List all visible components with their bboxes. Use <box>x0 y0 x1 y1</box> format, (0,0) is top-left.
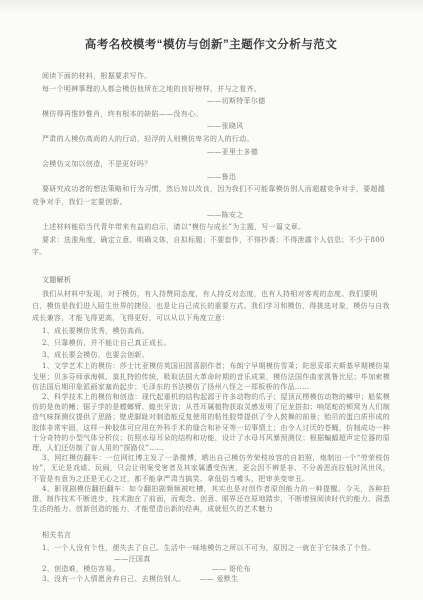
quote-author: ——亚里士多德 <box>32 146 390 159</box>
quote-text: 要研究成功者的想法策略和行为习惯，然后加以改良，因为我们不可能靠模仿别人而超越竞… <box>32 183 390 208</box>
task-statement: 上述材料能给当代青年带来有益的启示，请以“模仿与成长”为主题，写一篇文章。 <box>32 221 390 234</box>
quote-author: ——鲁迅 <box>32 171 390 184</box>
analysis-material-paragraph: 3、网红模仿翻车：一位网红博主发了一条微博，晒出自己模仿劳荣枝妆容的自拍照，炮制… <box>32 453 390 484</box>
document-content: 高考名校模考“模仿与创新”主题作文分析与范文 阅读下面的材料，根据要求写作。 每… <box>32 36 390 585</box>
famous-quote-author: —— 哥伦布 <box>212 565 251 573</box>
famous-quote-author: ——汪国真 <box>32 554 390 564</box>
famous-quote-text: 3、没有一个人情愿舍弃自己、去模仿别人。 <box>42 575 185 583</box>
document-title: 高考名校模考“模仿与创新”主题作文分析与范文 <box>32 36 390 52</box>
quote-text: 会模仿又加以创造，不是更好吗？ <box>32 158 390 171</box>
angle-item: 2、只靠模仿，并不能让自己真正成长。 <box>32 337 390 349</box>
quote-author: ——张晓风 <box>32 120 390 133</box>
scanned-document-page: 高考名校模考“模仿与创新”主题作文分析与范文 阅读下面的材料，根据要求写作。 每… <box>0 0 423 600</box>
famous-quote-text: 2、创造难，模仿容易。 <box>42 565 120 573</box>
famous-quote-row: 3、没有一个人情愿舍弃自己、去模仿别人。—— 爱默生 <box>32 574 390 584</box>
quote-text: 严肃的人模仿高尚的人的行动，轻浮的人则模仿卑劣的人的行动。 <box>32 133 390 146</box>
requirements-statement: 要求：选准角度，确定立意，明确文体，自拟标题；不要套作，不得抄袭；不得泄露个人信… <box>32 234 390 259</box>
quote-text: 模仿得再惟妙惟肖，终有根本的缺陷——没有心。 <box>32 108 390 121</box>
quote-author: ——陈安之 <box>32 209 390 222</box>
quote-text: 每一个明辨事理的人都会模仿他所在之地的良好榜样，并与之看齐。 <box>32 83 390 96</box>
famous-quotes-heading: 相关名言 <box>32 529 390 541</box>
analysis-intro: 我们从材料中发现，对于模仿，有人持赞同态度，有人持反对态度，也有人持相对客观的态… <box>32 288 390 325</box>
famous-quote-author: —— 爱默生 <box>199 575 238 583</box>
analysis-section: 文题解析 我们从材料中发现，对于模仿，有人持赞同态度，有人持反对态度，也有人持相… <box>32 274 390 515</box>
analysis-material-paragraph: 1、文学艺术上的模仿：莎士比亚模仿英国田园喜剧作者；布朗宁早期模仿雪莱；陀思妥耶… <box>32 361 390 392</box>
material-section: 阅读下面的材料，根据要求写作。 每一个明辨事理的人都会模仿他所在之地的良好榜样，… <box>32 70 390 259</box>
material-intro: 阅读下面的材料，根据要求写作。 <box>32 70 390 83</box>
analysis-material-paragraph: 4、影视剧模仿翻拍翻车：如今翻拍剧频频被吐槽，其实也是对创作者原创能力的一种提醒… <box>32 484 390 515</box>
famous-quote-text: 1、一个人没有个性，便失去了自己。生活中一味地模仿之所以不可为，原因之一就在于它… <box>32 543 390 553</box>
analysis-heading: 文题解析 <box>32 274 390 286</box>
angle-item: 3、成长要会模仿，也要会创新。 <box>32 349 390 361</box>
famous-quote-row: 2、创造难，模仿容易。—— 哥伦布 <box>32 564 390 574</box>
analysis-material-paragraph: 2、科学技术上的模仿和创造：现代起重机的结构起源于许多动物的爪子；屋顶瓦楞模仿动… <box>32 392 390 453</box>
angle-item: 1、成长要模仿优秀，模仿高尚。 <box>32 325 390 337</box>
quote-author: ——切斯特菲尔德 <box>32 95 390 108</box>
famous-quotes-section: 相关名言 1、一个人没有个性，便失去了自己。生活中一味地模仿之所以不可为，原因之… <box>32 529 390 584</box>
